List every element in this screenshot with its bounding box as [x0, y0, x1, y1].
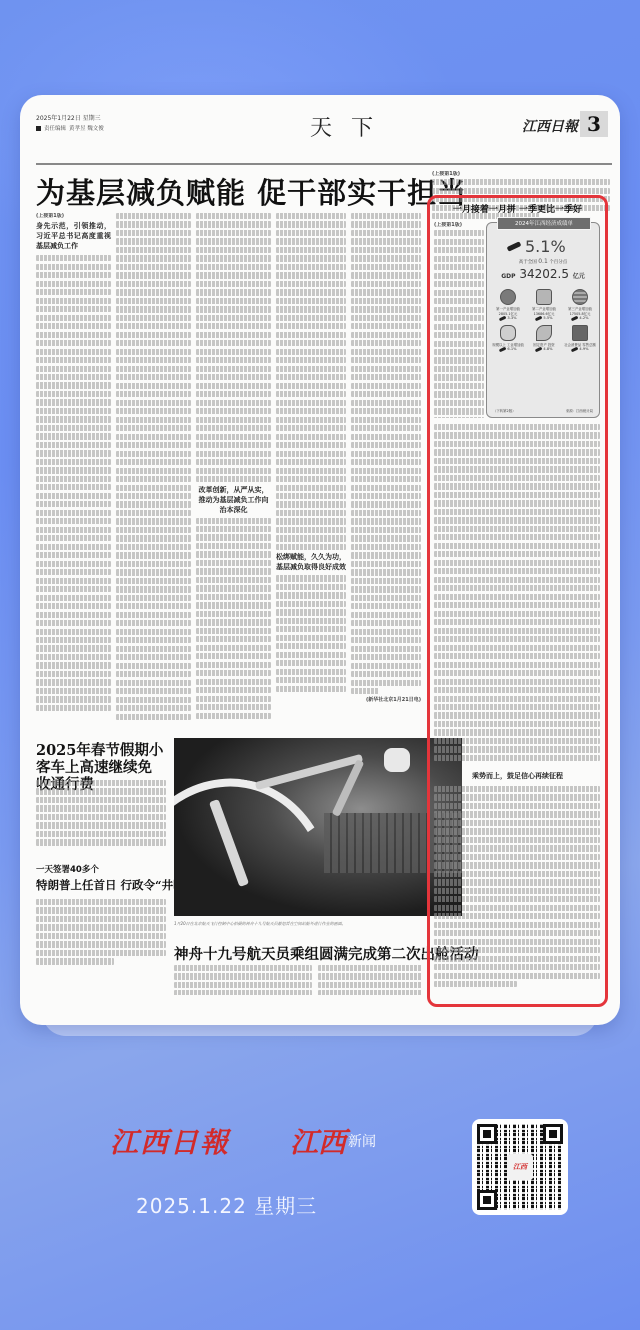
metric-tertiary-industry: 第三产业增加值 17505.8亿元 4.2% — [562, 289, 598, 321]
globe-icon — [572, 289, 588, 305]
footer-date: 2025.1.22 星期三 — [136, 1190, 317, 1219]
highlight-body-2 — [434, 786, 600, 996]
subhead-2: 改革创新，从严从实，推动为基层减负工作向治本深化 — [196, 485, 271, 515]
qr-pattern: 江西 — [477, 1124, 563, 1210]
qr-center-logo: 江西 — [507, 1154, 533, 1180]
metric-fixed-investment: 固定资产 投资 4.8% — [526, 325, 562, 352]
growth-rate: 5.1% — [507, 237, 566, 256]
highlighted-article[interactable]: 一月接着一月拼 一季更比一季好 (上接第1版) 2024年江西经济成绩单 5.1… — [427, 195, 608, 1007]
qr-finder-icon — [543, 1124, 563, 1144]
square-bullet-icon — [36, 126, 41, 131]
trump-kicker: 一天签署40多个 — [36, 863, 166, 875]
growth-note: 高于全国 0.1 个百分点 — [487, 258, 599, 265]
spacewalk-photo[interactable] — [174, 738, 462, 916]
continued-tag: (上接第1版) — [36, 213, 111, 219]
up-arrow-icon — [571, 316, 578, 321]
metric-primary-industry: 第一产业增加值 2805.1亿元 3.3% — [490, 289, 526, 321]
lead-headline[interactable]: 为基层减负赋能 促干部实干担当 — [36, 171, 467, 212]
subhead-1: 身先示范，引领推动，习近平总书记高度重视基层减负工作 — [36, 221, 111, 251]
masthead-rule — [36, 163, 612, 165]
trump-headline[interactable]: 特朗普上任首日 行政令“井喷” — [36, 877, 171, 893]
highlight-body-1 — [434, 424, 600, 769]
paper-logo: 江西日報 — [522, 116, 578, 136]
jiangxi-daily-logo: 江西日報 — [110, 1121, 230, 1161]
lead-column-1: (上接第1版) 身先示范，引领推动，习近平总书记高度重视基层减负工作 — [36, 213, 111, 733]
issue-date: 2025年1月22日 星期三 — [36, 113, 101, 122]
jiangxi-news-logo: 江西新闻 — [290, 1121, 376, 1161]
editor-line: 责任编辑 黄孝昱 魏文俊 — [36, 124, 104, 132]
up-arrow-icon — [535, 347, 542, 352]
page-number: 3 — [580, 111, 608, 137]
factory-icon — [536, 289, 552, 305]
metric-secondary-industry: 第二产业增加值 13686.6亿元 5.5% — [526, 289, 562, 321]
highlight-title: 一月接着一月拼 一季更比一季好 — [430, 202, 605, 215]
highlight-subhead: 乘势而上，鼓足信心再续征程 — [430, 771, 605, 781]
gift-icon — [572, 325, 588, 341]
space-body-col-2 — [318, 965, 422, 995]
metric-industrial-output: 规模以上 工业增加值 6.1% — [490, 325, 526, 352]
space-headline[interactable]: 神舟十九号航天员乘组圆满完成第二次出舱活动 — [174, 943, 464, 964]
investment-icon — [536, 325, 552, 341]
up-arrow-icon — [499, 316, 506, 321]
editor-names: 黄孝昱 魏文俊 — [69, 124, 104, 132]
farm-icon — [500, 289, 516, 305]
editor-label: 责任编辑 — [44, 124, 66, 132]
photo-caption: 1月20日在北京航天飞行控制中心拍摄的神舟十九号航天员蔡旭哲在空间站舱外进行作业… — [174, 921, 462, 927]
up-arrow-icon — [571, 347, 578, 352]
industry-icon — [500, 325, 516, 341]
up-arrow-icon — [499, 347, 506, 352]
lead-column-3: 改革创新，从严从实，推动为基层减负工作向治本深化 — [196, 213, 271, 733]
highlight-left-column: (上接第1版) — [434, 222, 484, 418]
space-body-col-1 — [174, 965, 312, 995]
infographic-ribbon: 2024年江西经济成绩单 — [497, 217, 591, 230]
lead-column-4: 松绑赋能，久久为功，基层减负取得良好成效 — [276, 213, 346, 733]
up-arrow-icon — [507, 241, 522, 251]
lead-column-5: (新华社北京1月21日电) — [351, 213, 421, 733]
continued-tag: (上接第1版) — [432, 171, 610, 177]
astronaut-figure — [384, 748, 410, 772]
gdp-value: GDP 34202.5 亿元 — [487, 267, 599, 281]
trump-body — [36, 899, 166, 969]
metric-retail-sales: 社会消费品 零售总额 4.9% — [562, 325, 598, 352]
economy-infographic: 2024年江西经济成绩单 5.1% 高于全国 0.1 个百分点 GDP 3420… — [486, 222, 600, 418]
qr-code[interactable]: 江西 — [472, 1119, 568, 1215]
lead-column-2 — [116, 213, 191, 733]
section-title: 天 下 — [310, 111, 379, 142]
subhead-3: 松绑赋能，久久为功，基层减负取得良好成效 — [276, 552, 346, 572]
up-arrow-icon — [535, 316, 542, 321]
toll-body — [36, 780, 166, 855]
masthead: 2025年1月22日 星期三 责任编辑 黄孝昱 魏文俊 天 下 江西日報 3 — [36, 111, 612, 143]
infographic-footer: （下转第2版） 来源：江西统计局 — [493, 408, 593, 413]
metrics-grid: 第一产业增加值 2805.1亿元 3.3% 第二产业增加值 13686.6亿元 … — [490, 289, 598, 352]
newspaper-page[interactable]: 2025年1月22日 星期三 责任编辑 黄孝昱 魏文俊 天 下 江西日報 3 为… — [20, 95, 620, 1025]
lead-byline: (新华社北京1月21日电) — [351, 697, 421, 703]
continued-tag: (上接第1版) — [434, 222, 484, 228]
qr-finder-icon — [477, 1124, 497, 1144]
qr-finder-icon — [477, 1190, 497, 1210]
